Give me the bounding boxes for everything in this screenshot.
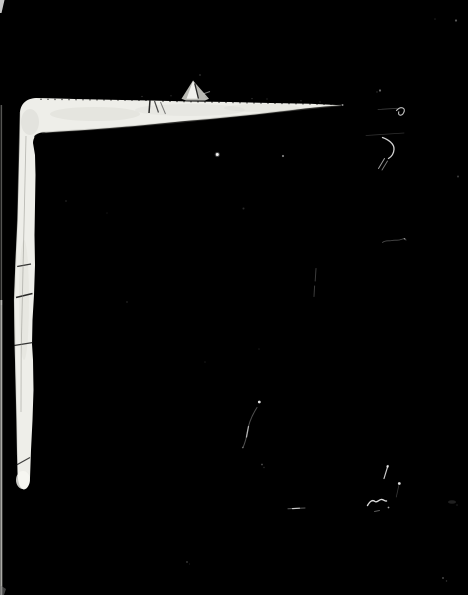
speck [457,176,459,178]
speck [243,208,245,210]
scan-edge-artifacts [0,0,6,595]
speck [258,348,260,350]
speck [386,465,388,467]
band-crack [149,100,150,113]
speck [446,580,447,581]
speck [251,98,252,99]
speck [141,96,142,97]
scratch [383,239,407,243]
scratch [397,108,405,115]
page-edge-shape [14,98,342,490]
speck [189,563,190,564]
speck [258,401,261,404]
scratch [243,408,257,448]
speck [199,74,201,76]
flap-spur [203,92,210,95]
speck [376,91,377,92]
speck [404,238,406,240]
texture-blob [16,471,30,489]
scratch [366,133,404,136]
top-left-corner-speck [0,0,5,13]
book-cover-photo [0,0,468,595]
texture-blob [21,109,39,135]
speck [65,200,67,202]
speck [379,89,381,91]
scratch-marks [243,108,406,512]
page-edge-texture [16,104,300,489]
scratch [383,138,395,159]
speck [126,301,128,303]
scratch [368,499,387,505]
left-edge-line-upper [1,105,2,305]
scratch [396,486,399,498]
speck [186,561,188,563]
speck [205,96,206,97]
page-edge-block [14,98,342,490]
speck [456,504,458,506]
speck [106,212,108,214]
page-edge-marks [14,99,341,465]
texture-blob [135,104,245,116]
speck [442,577,444,579]
scratch [375,511,380,512]
speck [455,19,457,21]
speck [398,482,401,485]
scratch [378,108,397,109]
speck [216,153,219,156]
speck [388,507,390,509]
speck [242,447,244,449]
texture-blob [19,240,29,360]
bottom-left-patch [0,585,6,595]
left-edge-line-lower [0,300,2,595]
speck [434,18,436,20]
speck [319,101,320,102]
speck [261,464,263,466]
smudges [448,500,456,504]
speck [300,100,301,101]
texture-blob [50,107,140,121]
scratch [247,427,249,438]
speck [282,155,284,157]
speck [170,95,171,96]
speck [342,104,344,106]
speck [204,361,206,363]
smudge [448,500,456,504]
speck [263,467,264,468]
photo-scan [0,0,468,595]
speck [266,98,267,99]
scratch [382,161,388,170]
scratch [314,269,316,297]
